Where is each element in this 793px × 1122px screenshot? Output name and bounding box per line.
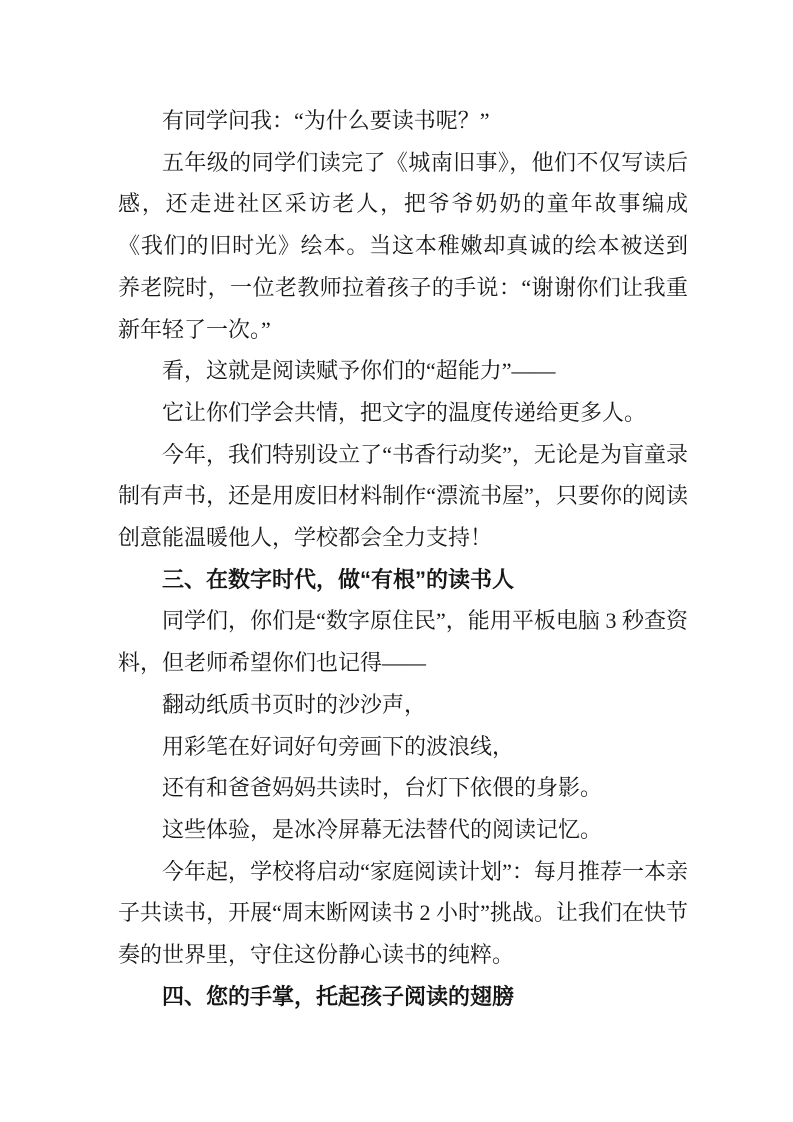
section-heading: 三、在数字时代，做“有根”的读书人 — [118, 559, 688, 601]
document-page: 有同学问我：“为什么要读书呢？”五年级的同学们读完了《城南旧事》，他们不仅写读后… — [0, 0, 793, 1122]
body-paragraph: 有同学问我：“为什么要读书呢？” — [118, 100, 688, 142]
body-paragraph: 同学们，你们是“数字原住民”，能用平板电脑 3 秒查资料，但老师希望你们也记得—… — [118, 600, 688, 683]
body-paragraph: 翻动纸质书页时的沙沙声， — [118, 684, 688, 726]
body-paragraph: 它让你们学会共情，把文字的温度传递给更多人。 — [118, 392, 688, 434]
section-heading: 四、您的手掌，托起孩子阅读的翅膀 — [118, 976, 688, 1018]
body-paragraph: 这些体验，是冰冷屏幕无法替代的阅读记忆。 — [118, 809, 688, 851]
body-paragraph: 今年，我们特别设立了“书香行动奖”，无论是为盲童录制有声书，还是用废旧材料制作“… — [118, 434, 688, 559]
body-paragraph: 五年级的同学们读完了《城南旧事》，他们不仅写读后感，还走进社区采访老人，把爷爷奶… — [118, 142, 688, 351]
body-paragraph: 今年起，学校将启动“家庭阅读计划”：每月推荐一本亲子共读书，开展“周末断网读书 … — [118, 851, 688, 976]
body-paragraph: 看，这就是阅读赋予你们的“超能力”—— — [118, 350, 688, 392]
body-paragraph: 还有和爸爸妈妈共读时，台灯下依偎的身影。 — [118, 767, 688, 809]
body-paragraph: 用彩笔在好词好句旁画下的波浪线， — [118, 726, 688, 768]
document-content: 有同学问我：“为什么要读书呢？”五年级的同学们读完了《城南旧事》，他们不仅写读后… — [118, 100, 688, 1017]
